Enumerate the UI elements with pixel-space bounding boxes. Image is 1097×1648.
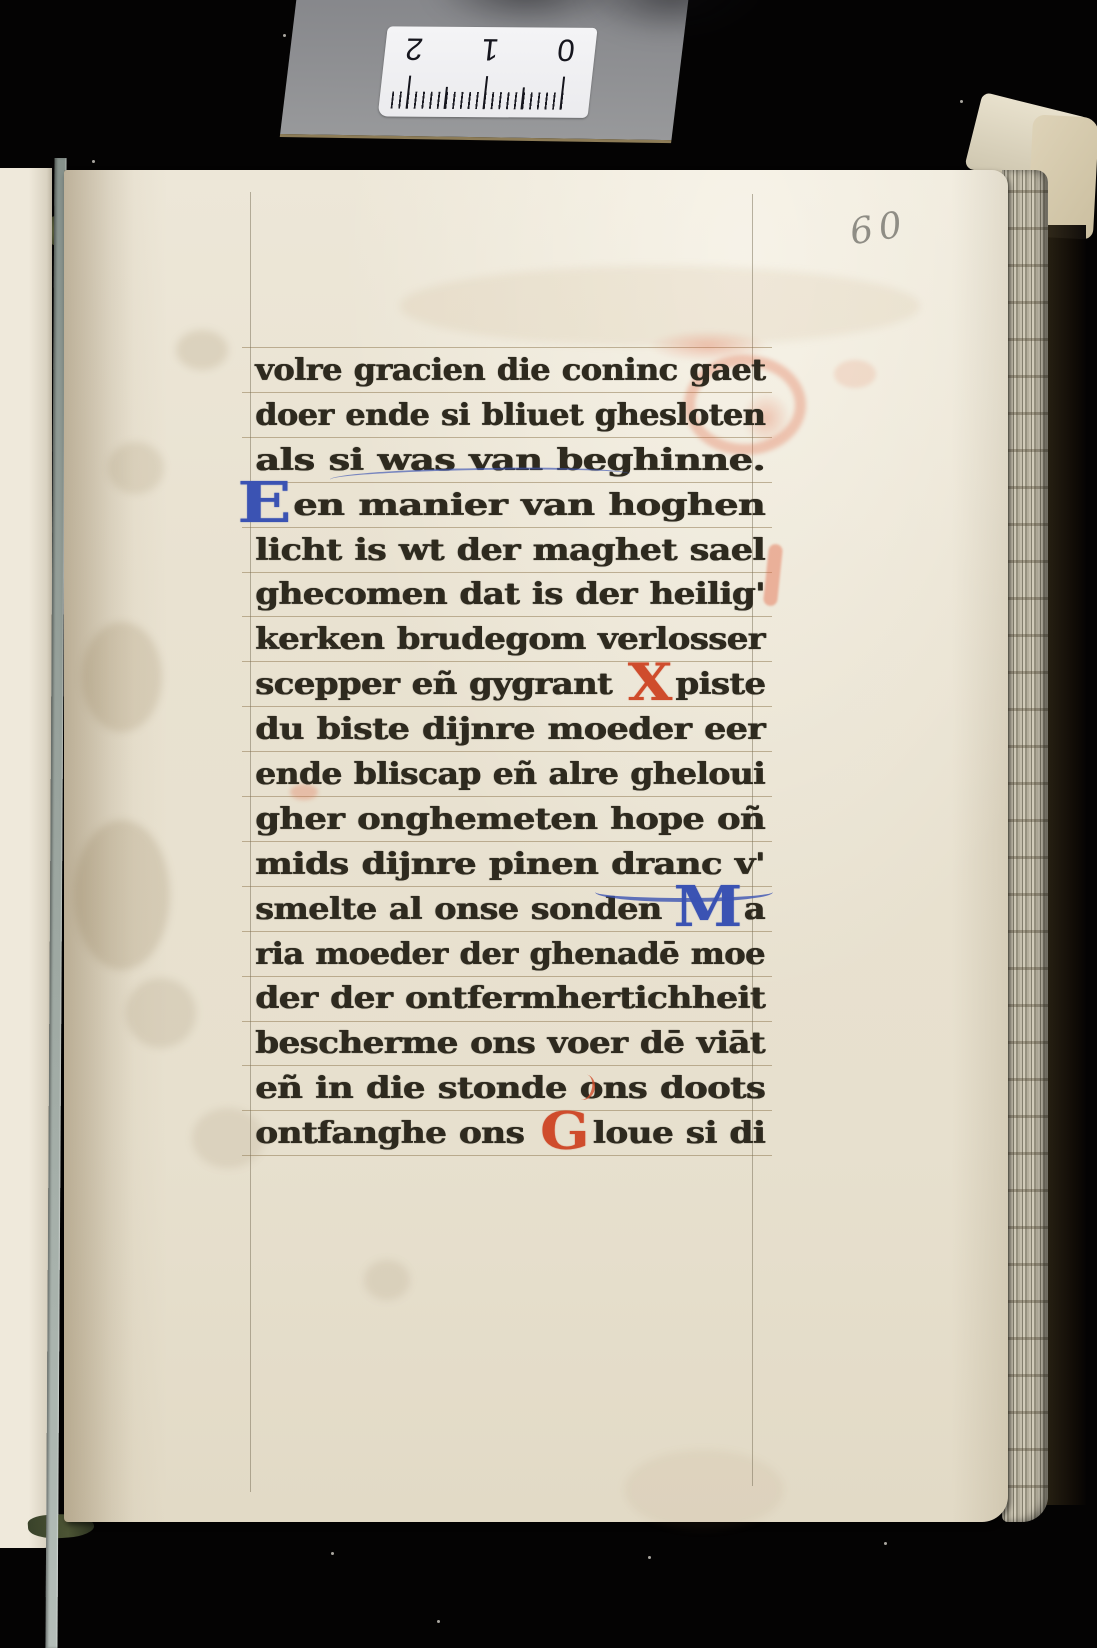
binding-edge-shadow [1044, 225, 1086, 1505]
ruler-digit: 0 [553, 32, 579, 68]
parchment-stain [624, 1450, 784, 1530]
parchment-stain [364, 1260, 410, 1300]
parchment-stain [108, 442, 164, 494]
folio-number: 60 [847, 204, 911, 254]
parchment-stain [400, 266, 920, 346]
text-segment: bescherme ons voer dē viāt [255, 1026, 765, 1061]
manuscript-page: 60 volre gracien die coninc gaetdoer end… [64, 170, 1008, 1522]
dust-speck [92, 160, 95, 163]
text-segment: doer ende si bliuet ghesloten [255, 398, 765, 433]
dust-speck [437, 1620, 440, 1623]
dust-speck [648, 1556, 651, 1559]
text-segment: licht is wt der maghet sael [255, 533, 765, 568]
text-segment: ontfanghe ons [255, 1116, 537, 1151]
facing-page-edge [0, 168, 52, 1548]
dust-speck [331, 1552, 334, 1555]
ruler-digits: 2 1 0 [401, 31, 579, 68]
manuscript-line: gher onghemeten hope oñ [255, 798, 771, 843]
parchment-stain [126, 978, 196, 1048]
parchment-stain [176, 330, 228, 370]
text-segment: der der ontfermhertichheit [255, 981, 765, 1016]
card-shadow [572, 0, 773, 39]
fore-edge-pages [1002, 170, 1048, 1522]
red-offset-smudge [834, 360, 876, 388]
text-segment: ghecomen dat is der heilig' [255, 577, 765, 612]
photo-stage: 60 volre gracien die coninc gaetdoer end… [0, 0, 1097, 1648]
manuscript-line: du biste dijnre moeder eer [255, 708, 771, 753]
manuscript-line: eñ in die stonde ons doots [255, 1067, 771, 1112]
text-segment: loue si di [593, 1116, 765, 1151]
dust-speck [884, 1542, 887, 1545]
manuscript-line: ontfanghe ons Gloue si di [255, 1112, 771, 1157]
blue-initial-flourish [595, 882, 773, 902]
manuscript-line: bescherme ons voer dē viāt [255, 1022, 771, 1067]
text-segment: volre gracien die coninc gaet [255, 353, 765, 388]
manuscript-line: ria moeder der ghenadē moe [255, 933, 771, 978]
gray-card: 2 1 0 [280, 0, 690, 143]
manuscript-line: Een manier van hoghen [255, 484, 771, 529]
illuminated-initial: E [237, 470, 289, 536]
manuscript-line: kerken brudegom verlosser [255, 618, 771, 663]
ruler-digit: 2 [401, 31, 427, 67]
manuscript-line: volre gracien die coninc gaet [255, 349, 771, 394]
manuscript-line: ende bliscap eñ alre gheloui [255, 753, 771, 798]
text-segment: piste [675, 667, 765, 702]
dust-speck [960, 100, 963, 103]
dust-speck [283, 34, 286, 37]
manuscript-line: der der ontfermhertichheit [255, 977, 771, 1022]
text-segment: gher onghemeten hope oñ [255, 802, 765, 837]
illuminated-initial: X [628, 653, 672, 713]
text-segment: eñ in die stonde ons doots [255, 1071, 765, 1106]
text-segment: en manier van hoghen [293, 488, 765, 523]
ruler: 2 1 0 [378, 26, 598, 117]
text-segment: kerken brudegom verlosser [255, 622, 765, 657]
ruler-mm-ticks [391, 91, 565, 109]
ruler-digit: 1 [477, 31, 503, 67]
parchment-stain [74, 820, 170, 970]
parchment-stain [82, 622, 162, 732]
text-segment: ria moeder der ghenadē moe [255, 937, 765, 972]
text-segment: ende bliscap eñ alre gheloui [255, 757, 765, 792]
ruling-vertical-left [250, 192, 251, 1492]
manuscript-line: ghecomen dat is der heilig' [255, 573, 771, 618]
manuscript-line: licht is wt der maghet sael [255, 529, 771, 574]
text-segment: du biste dijnre moeder eer [255, 712, 765, 747]
manuscript-line: doer ende si bliuet ghesloten [255, 394, 771, 439]
text-segment: scepper eñ gygrant [255, 667, 624, 702]
manuscript-line: scepper eñ gygrant Xpiste [255, 663, 771, 708]
illuminated-initial: G [540, 1102, 589, 1162]
